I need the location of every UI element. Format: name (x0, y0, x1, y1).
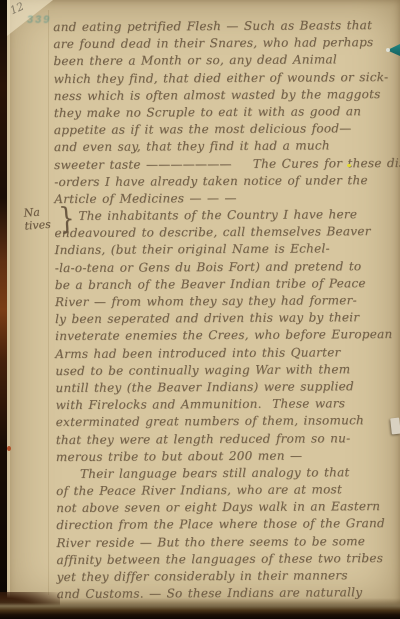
manuscript-line: not above seven or eight Days walk in an… (56, 498, 394, 517)
manuscript-line: endeavoured to describe, call themselves… (54, 223, 392, 242)
manuscript-line: direction from the Place where those of … (56, 515, 394, 534)
manuscript-line: used to be continually waging War with t… (55, 361, 393, 380)
manuscript-line: and even say, that they find it had a mu… (54, 137, 392, 156)
handwritten-text: and eating petrified Flesh — Such as Bea… (53, 17, 395, 603)
manuscript-line: Indians, (but their original Name is Ech… (55, 240, 393, 259)
manuscript-line: been there a Month or so, any dead Anima… (53, 51, 391, 70)
manuscript-line: of the Peace River Indians, who are at m… (56, 481, 394, 500)
manuscript-line: which they find, that died either of wou… (54, 69, 392, 88)
manuscript-line: be a branch of the Beaver Indian tribe o… (55, 275, 393, 294)
manuscript-line: untill they (the Beaver Indians) were su… (55, 378, 393, 397)
manuscript-line: Article of Medicines — — — (54, 189, 392, 208)
manuscript-line: appetite as if it was the most delicious… (54, 120, 392, 139)
manuscript-line: exterminated great numbers of them, inso… (56, 412, 394, 431)
manuscript-line: they make no Scruple to eat it with as g… (54, 103, 392, 122)
manuscript-line: with Firelocks and Ammunition. These war… (56, 395, 394, 414)
manuscript-line: affinity between the languages of these … (56, 550, 394, 569)
manuscript-line: -orders I have already taken notice of u… (54, 172, 392, 191)
manuscript-line: ness which is often almost wasted by the… (54, 86, 392, 105)
manuscript-line: yet they differ considerably in their ma… (57, 567, 395, 586)
manuscript-photo: 12 339 and eating petrified Flesh — Such… (0, 0, 400, 619)
page-bottom-edges (0, 598, 400, 619)
margin-note-brace: } (58, 200, 76, 239)
manuscript-line: -la-o-tena or Gens du Bois Fort) and pre… (55, 258, 393, 277)
paper-edge-highlight (7, 0, 10, 607)
teal-pencil-tip-point (386, 48, 390, 52)
margin-crease-line (48, 10, 49, 595)
archive-stamp: 339 (26, 14, 52, 26)
yellow-speck (347, 164, 351, 167)
manuscript-line: inveterate enemies the Crees, who before… (55, 326, 393, 345)
manuscript-line: merous tribe to but about 200 men — (56, 447, 394, 466)
manuscript-line: River reside — But tho there seems to be… (56, 533, 394, 552)
paper-tab (390, 418, 400, 435)
manuscript-line: and eating petrified Flesh — Such as Bea… (53, 17, 391, 36)
manuscript-line: that they were at length reduced from so… (56, 429, 394, 448)
manuscript-line: Their language bears still analogy to th… (56, 464, 394, 483)
manuscript-line: are found dead in their Snares, who had … (53, 34, 391, 53)
manuscript-line: sweeter taste ——————— The Cures for thes… (54, 154, 392, 173)
manuscript-line: Arms had been introduced into this Quart… (55, 344, 393, 363)
manuscript-line: River — from whom they say they had form… (55, 292, 393, 311)
red-speck (7, 446, 11, 451)
manuscript-line: The inhabitants of the Country I have he… (54, 206, 392, 225)
margin-note: Na tives } (23, 203, 71, 232)
manuscript-line: ly been seperated and driven this way by… (55, 309, 393, 328)
